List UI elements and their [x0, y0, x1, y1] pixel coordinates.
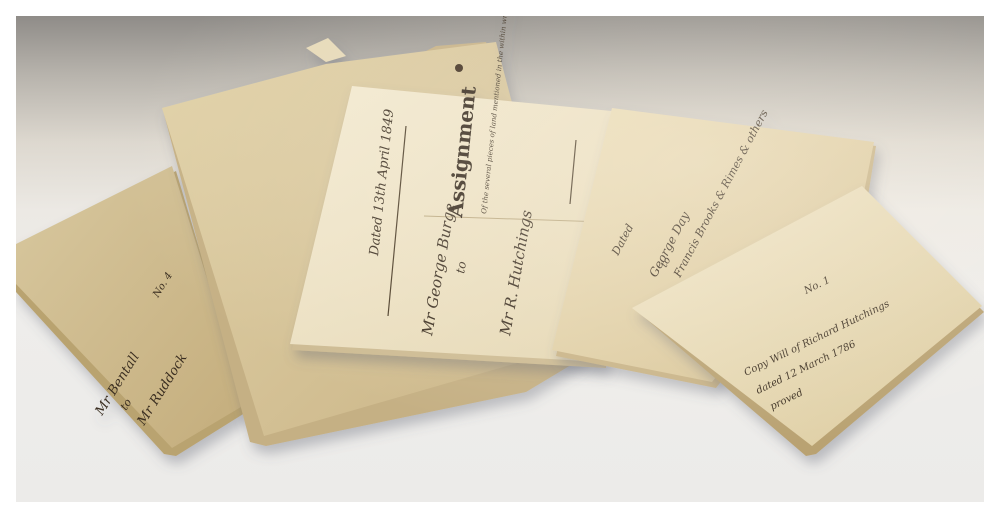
document-bundle-illustration: Mr Bentall to Mr Ruddock No. 4 Dated 13t… — [16, 16, 984, 502]
photo-documents: Mr Bentall to Mr Ruddock No. 4 Dated 13t… — [16, 16, 984, 502]
svg-text:to: to — [453, 260, 469, 274]
